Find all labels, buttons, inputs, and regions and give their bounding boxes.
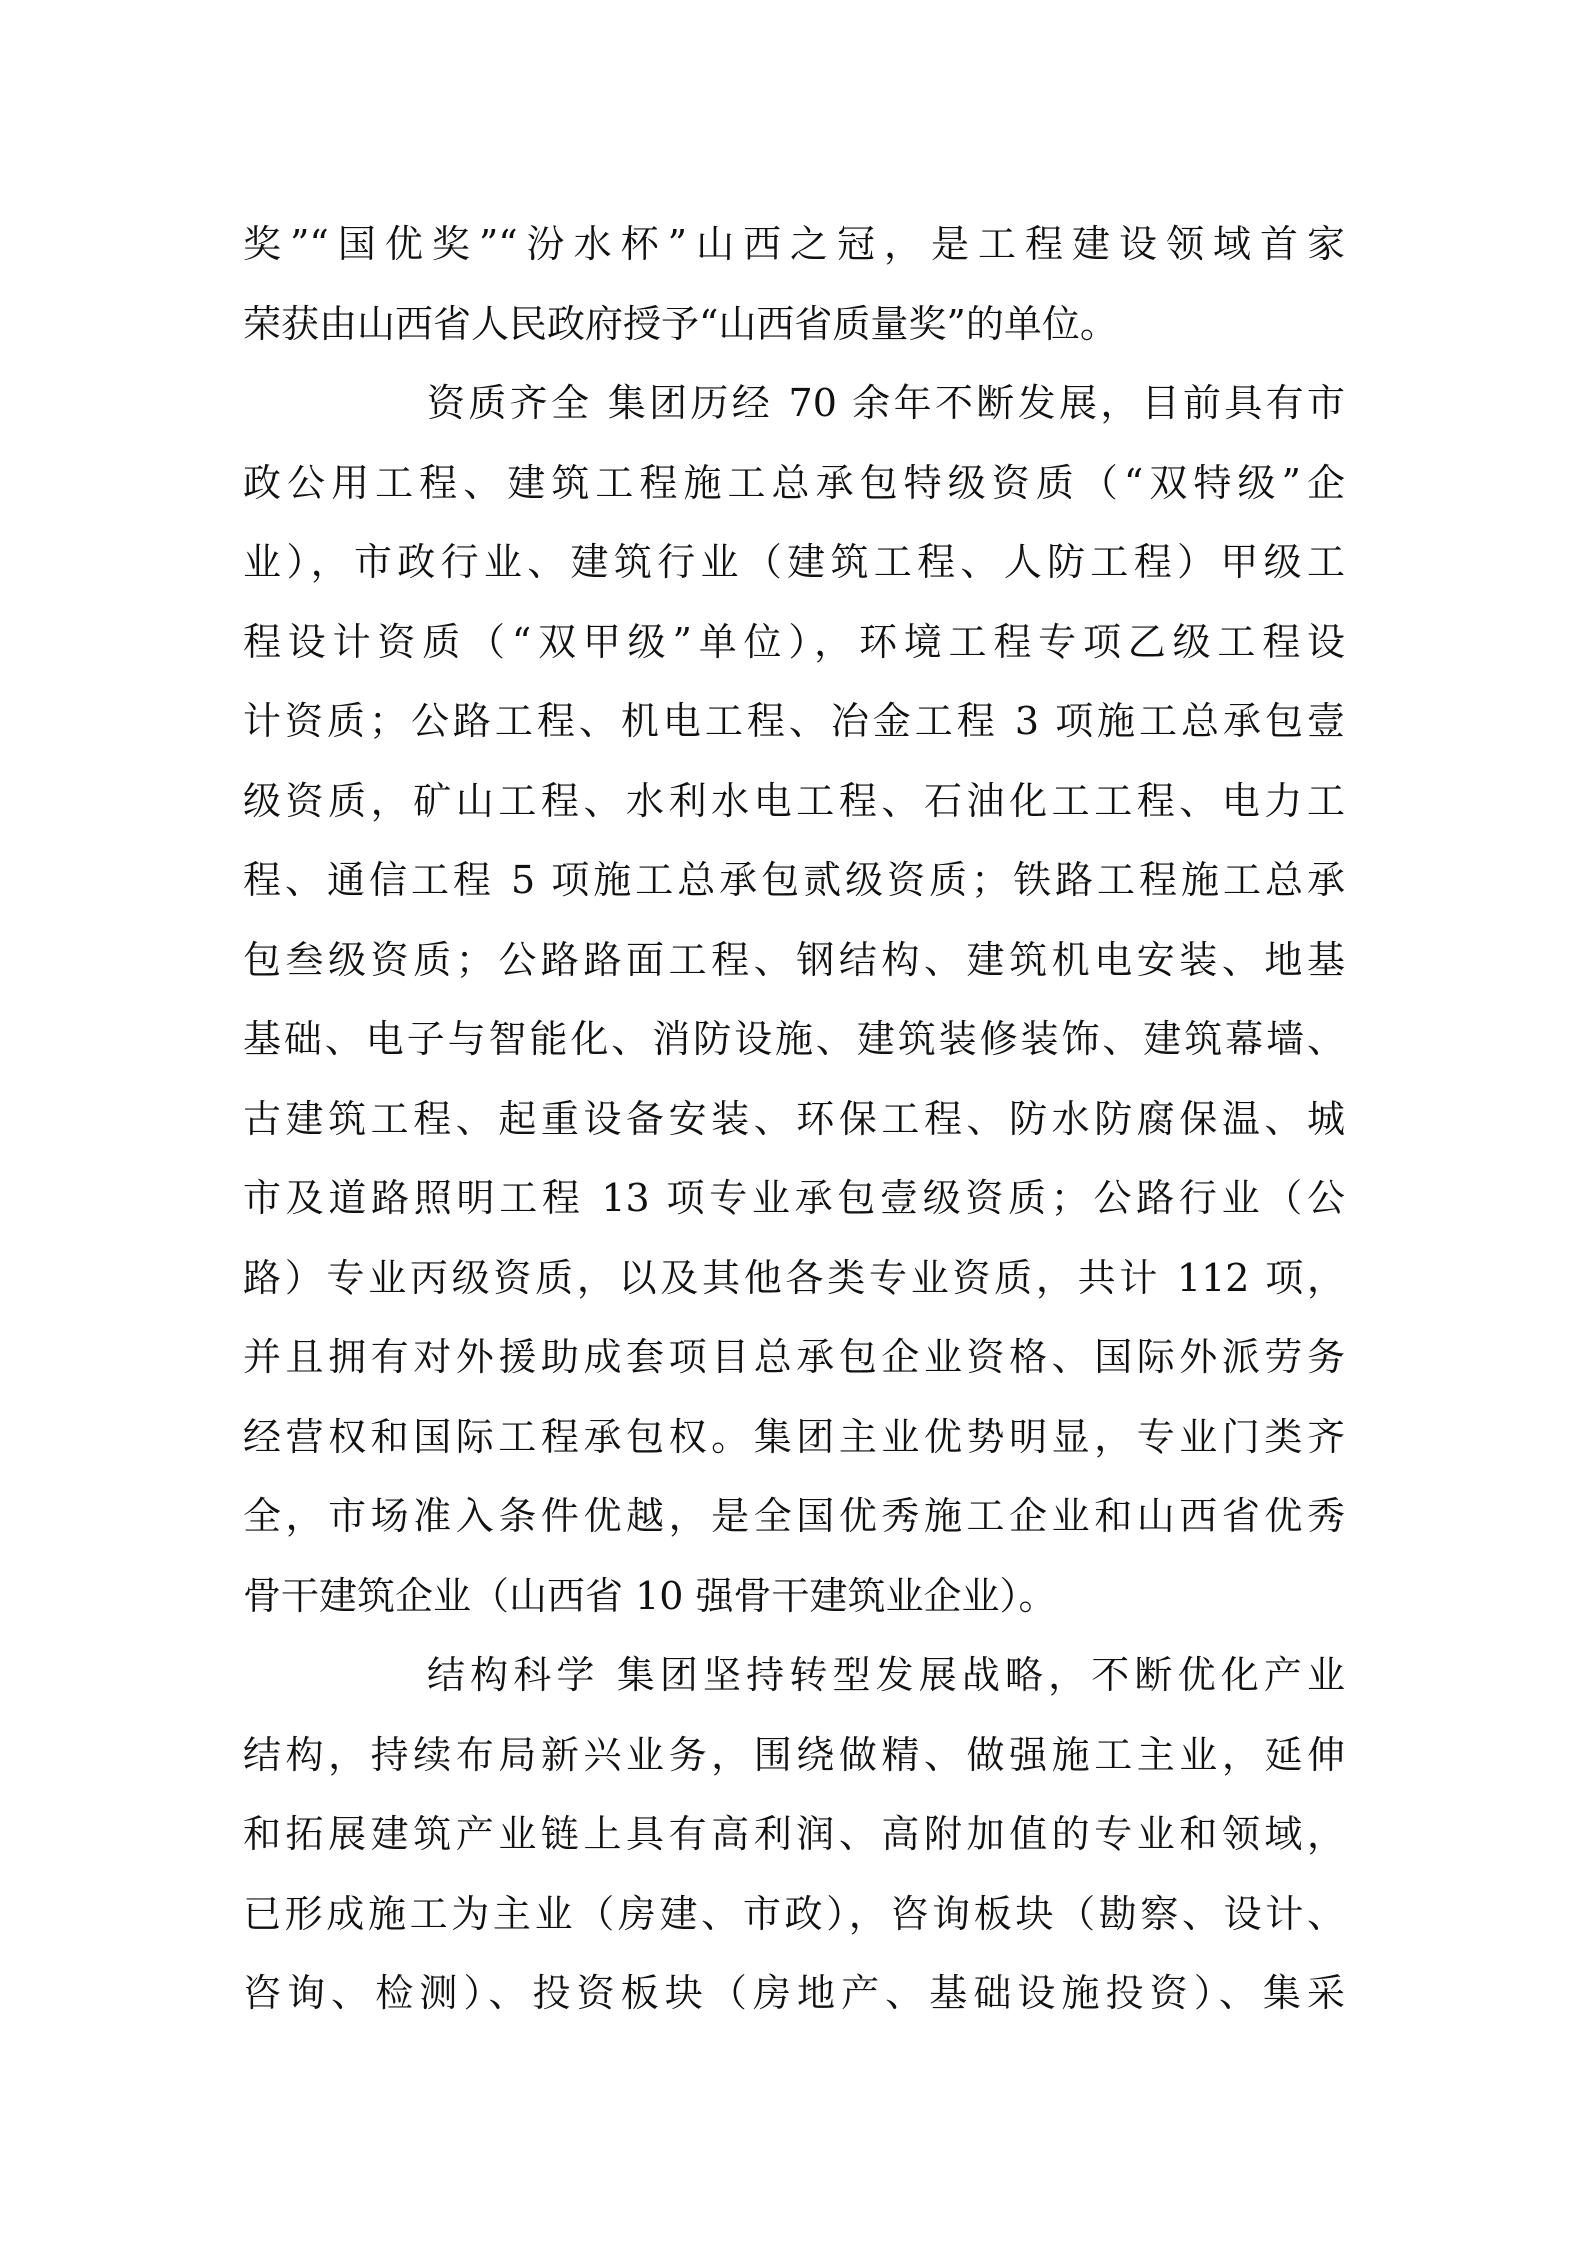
text-line: 全，市场准入条件优越，是全国优秀施工企业和山西省优秀 <box>243 1486 1345 1566</box>
paragraph-awards-continuation: 奖”“国优奖”“汾水杯”山西之冠，是工程建设领域首家 荣获由山西省人民政府授予“… <box>243 214 1345 373</box>
text-line: 和拓展建筑产业链上具有高利润、高附加值的专业和领域， <box>243 1804 1345 1884</box>
text-line: 结构科学 集团坚持转型发展战略，不断优化产业 <box>243 1645 1345 1725</box>
text-line: 结构，持续布局新兴业务，围绕做精、做强施工主业，延伸 <box>243 1725 1345 1805</box>
document-page: 奖”“国优奖”“汾水杯”山西之冠，是工程建设领域首家 荣获由山西省人民政府授予“… <box>0 0 1587 2245</box>
text-line: 路）专业丙级资质，以及其他各类专业资质，共计 112 项， <box>243 1248 1345 1328</box>
paragraph-structure: 结构科学 集团坚持转型发展战略，不断优化产业 结构，持续布局新兴业务，围绕做精、… <box>243 1645 1345 2043</box>
text-line: 并且拥有对外援助成套项目总承包企业资格、国际外派劳务 <box>243 1327 1345 1407</box>
text-line: 计资质；公路工程、机电工程、冶金工程 3 项施工总承包壹 <box>243 691 1345 771</box>
text-line: 包叁级资质；公路路面工程、钢结构、建筑机电安装、地基 <box>243 930 1345 1010</box>
text-line: 咨询、检测）、投资板块（房地产、基础设施投资）、集采 <box>243 1963 1345 2043</box>
text-line: 程设计资质（“双甲级”单位），环境工程专项乙级工程设 <box>243 612 1345 692</box>
text-line: 基础、电子与智能化、消防设施、建筑装修装饰、建筑幕墙、 <box>243 1009 1345 1089</box>
text-line: 已形成施工为主业（房建、市政），咨询板块（勘察、设计、 <box>243 1884 1345 1964</box>
text-line: 程、通信工程 5 项施工总承包贰级资质；铁路工程施工总承 <box>243 850 1345 930</box>
text-line: 级资质，矿山工程、水利水电工程、石油化工工程、电力工 <box>243 771 1345 851</box>
text-line: 经营权和国际工程承包权。集团主业优势明显，专业门类齐 <box>243 1407 1345 1487</box>
text-line: 奖”“国优奖”“汾水杯”山西之冠，是工程建设领域首家 <box>243 214 1345 294</box>
text-line: 古建筑工程、起重设备安装、环保工程、防水防腐保温、城 <box>243 1089 1345 1169</box>
text-line: 骨干建筑企业（山西省 10 强骨干建筑业企业）。 <box>243 1566 1345 1646</box>
paragraph-qualifications: 资质齐全 集团历经 70 余年不断发展，目前具有市 政公用工程、建筑工程施工总承… <box>243 373 1345 1645</box>
text-line: 政公用工程、建筑工程施工总承包特级资质（“双特级”企 <box>243 453 1345 533</box>
text-line: 资质齐全 集团历经 70 余年不断发展，目前具有市 <box>243 373 1345 453</box>
text-line: 市及道路照明工程 13 项专业承包壹级资质；公路行业（公 <box>243 1168 1345 1248</box>
body-text: 奖”“国优奖”“汾水杯”山西之冠，是工程建设领域首家 荣获由山西省人民政府授予“… <box>243 214 1345 2043</box>
text-line: 业），市政行业、建筑行业（建筑工程、人防工程）甲级工 <box>243 532 1345 612</box>
text-line: 荣获由山西省人民政府授予“山西省质量奖”的单位。 <box>243 294 1345 374</box>
